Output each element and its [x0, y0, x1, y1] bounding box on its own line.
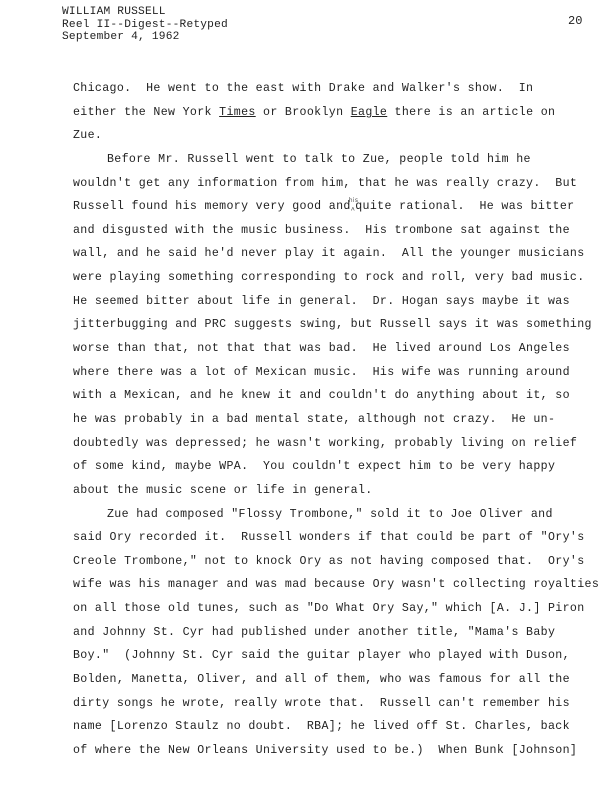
text-line: on all those old tunes, such as "Do What…	[73, 597, 593, 621]
paragraph-start-line: Zue had composed "Flossy Trombone," sold…	[73, 503, 593, 527]
document-body: Chicago. He went to the east with Drake …	[73, 77, 593, 763]
text-line: of where the New Orleans University used…	[73, 739, 593, 763]
text-line: with a Mexican, and he knew it and could…	[73, 384, 593, 408]
page-number: 20	[568, 14, 582, 28]
text-span: Russell found his memory very good and	[73, 200, 351, 213]
text-line: Chicago. He went to the east with Drake …	[73, 77, 593, 101]
text-line: he was probably in a bad mental state, a…	[73, 408, 593, 432]
text-span: either the New York	[73, 106, 219, 119]
text-line: about the music scene or life in general…	[73, 479, 593, 503]
text-span: or Brooklyn	[256, 106, 351, 119]
header-date: September 4, 1962	[62, 31, 228, 44]
paragraph-start-line: Before Mr. Russell went to talk to Zue, …	[73, 148, 593, 172]
text-line: Boy." (Johnny St. Cyr said the guitar pl…	[73, 644, 593, 668]
text-line: doubtedly was depressed; he wasn't worki…	[73, 432, 593, 456]
text-line: of some kind, maybe WPA. You couldn't ex…	[73, 455, 593, 479]
text-line: dirty songs he wrote, really wrote that.…	[73, 692, 593, 716]
newspaper-title-times: Times	[219, 106, 256, 119]
newspaper-title-eagle: Eagle	[351, 106, 388, 119]
text-line: and disgusted with the music business. H…	[73, 219, 593, 243]
header-name: WILLIAM RUSSELL	[62, 6, 228, 19]
text-line: wouldn't get any information from him, t…	[73, 172, 593, 196]
insertion-text: his	[349, 189, 359, 213]
text-span: there is an article on	[387, 106, 555, 119]
text-line: Russell found his memory very good andhi…	[73, 195, 593, 219]
text-line: jitterbugging and PRC suggests swing, bu…	[73, 313, 593, 337]
handwritten-insertion: his^	[351, 200, 356, 213]
text-line: either the New York Times or Brooklyn Ea…	[73, 101, 593, 125]
text-line: He seemed bitter about life in general. …	[73, 290, 593, 314]
header-block: WILLIAM RUSSELL Reel II--Digest--Retyped…	[62, 6, 228, 44]
text-line: and Johnny St. Cyr had published under a…	[73, 621, 593, 645]
text-line: said Ory recorded it. Russell wonders if…	[73, 526, 593, 550]
text-line: worse than that, not that that was bad. …	[73, 337, 593, 361]
text-line: wife was his manager and was mad because…	[73, 573, 593, 597]
text-span: quite rational. He was bitter	[355, 200, 574, 213]
text-line: were playing something corresponding to …	[73, 266, 593, 290]
text-line: Bolden, Manetta, Oliver, and all of them…	[73, 668, 593, 692]
text-line: Creole Trombone," not to knock Ory as no…	[73, 550, 593, 574]
text-line: name [Lorenzo Staulz no doubt. RBA]; he …	[73, 715, 593, 739]
text-line: wall, and he said he'd never play it aga…	[73, 242, 593, 266]
text-line: where there was a lot of Mexican music. …	[73, 361, 593, 385]
header-reel: Reel II--Digest--Retyped	[62, 19, 228, 32]
text-line: Zue.	[73, 124, 593, 148]
